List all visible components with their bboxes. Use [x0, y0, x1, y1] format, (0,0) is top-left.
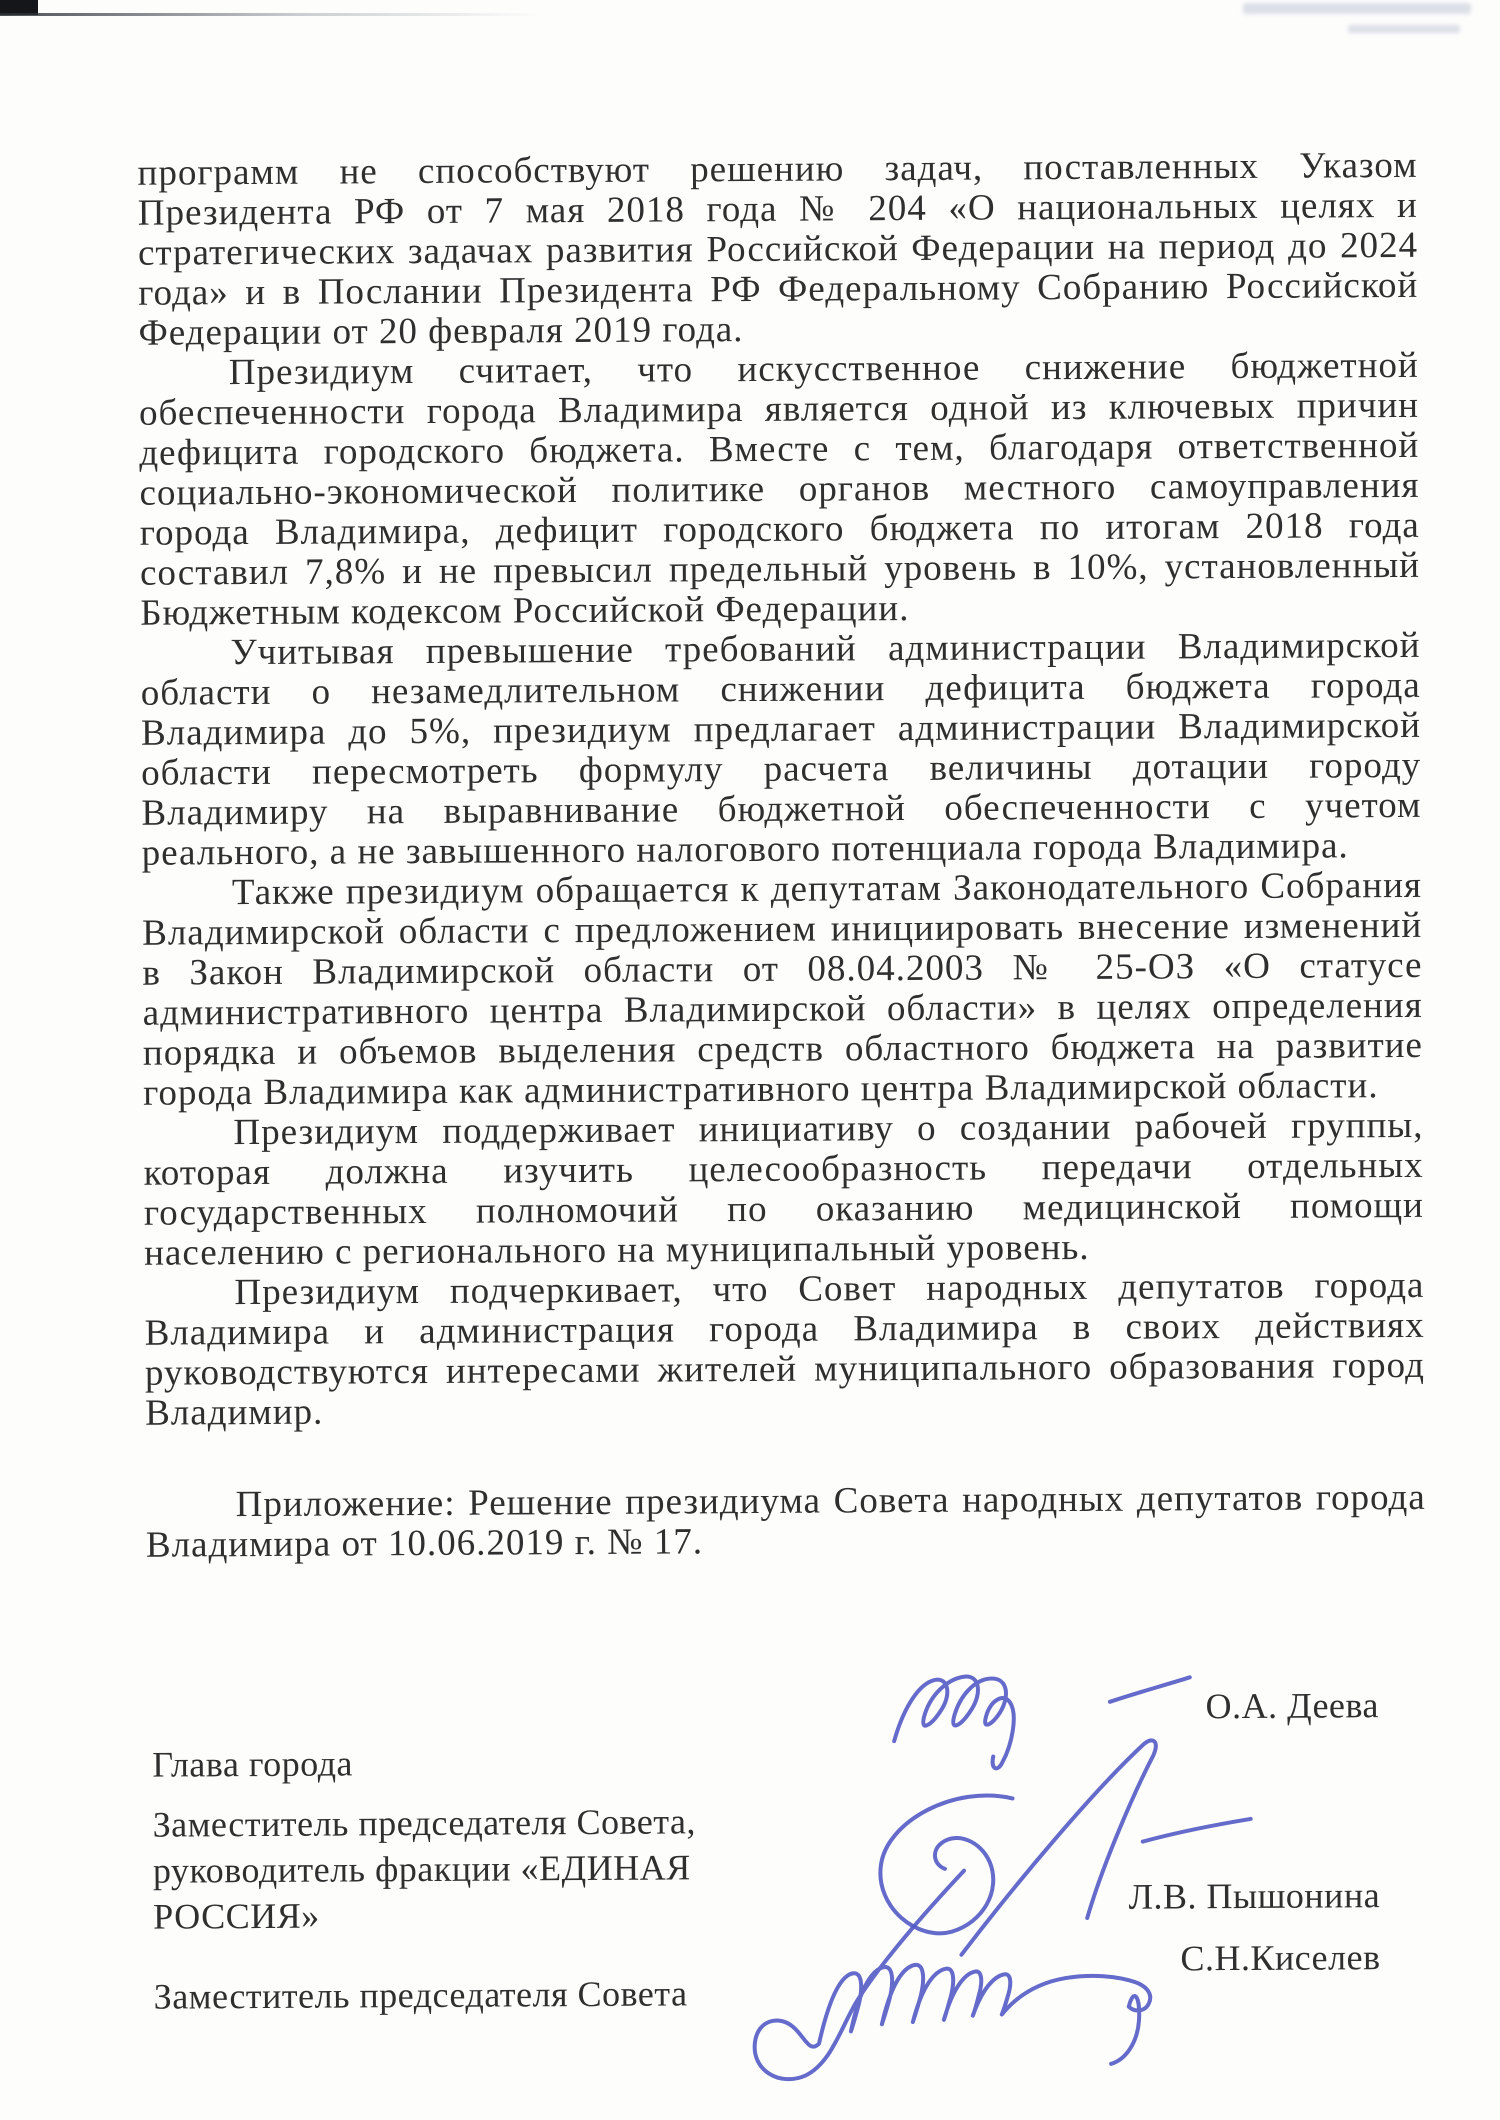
- page: программ не способствуют решению задач, …: [0, 0, 1500, 2120]
- paragraph-4: Также президиум обращается к депутатам З…: [142, 866, 1423, 1114]
- signature-kiselev: [696, 1865, 1197, 2108]
- signatory-title: Глава города: [152, 1742, 353, 1785]
- paragraph-1: программ не способствуют решению задач, …: [137, 146, 1418, 354]
- paragraph-2: Президиум считает, что искусственное сни…: [139, 346, 1421, 634]
- signatory-title: РОССИЯ»: [153, 1895, 320, 1938]
- paragraph-3: Учитывая превышение требований администр…: [140, 626, 1421, 874]
- signatory-name: О.А. Деева: [1205, 1684, 1379, 1727]
- paragraph-6: Президиум подчеркивает, что Совет народн…: [144, 1266, 1425, 1434]
- signature-section: Глава города О.А. Деева Заместитель пред…: [147, 1636, 1460, 2120]
- attachment-note: Приложение: Решение президиума Совета на…: [146, 1478, 1426, 1566]
- signatory-title: руководитель фракции «ЕДИНАЯ: [153, 1846, 691, 1891]
- signatory-title: Заместитель председателя Совета,: [153, 1800, 697, 1845]
- document-content: программ не способствуют решению задач, …: [0, 0, 1500, 2120]
- paragraph-5: Президиум поддерживает инициативу о созд…: [143, 1106, 1424, 1274]
- signatory-title: Заместитель председателя Совета: [154, 1972, 688, 2017]
- document-text: программ не способствуют решению задач, …: [137, 146, 1426, 1566]
- signatory-name: С.Н.Киселев: [1180, 1936, 1380, 1979]
